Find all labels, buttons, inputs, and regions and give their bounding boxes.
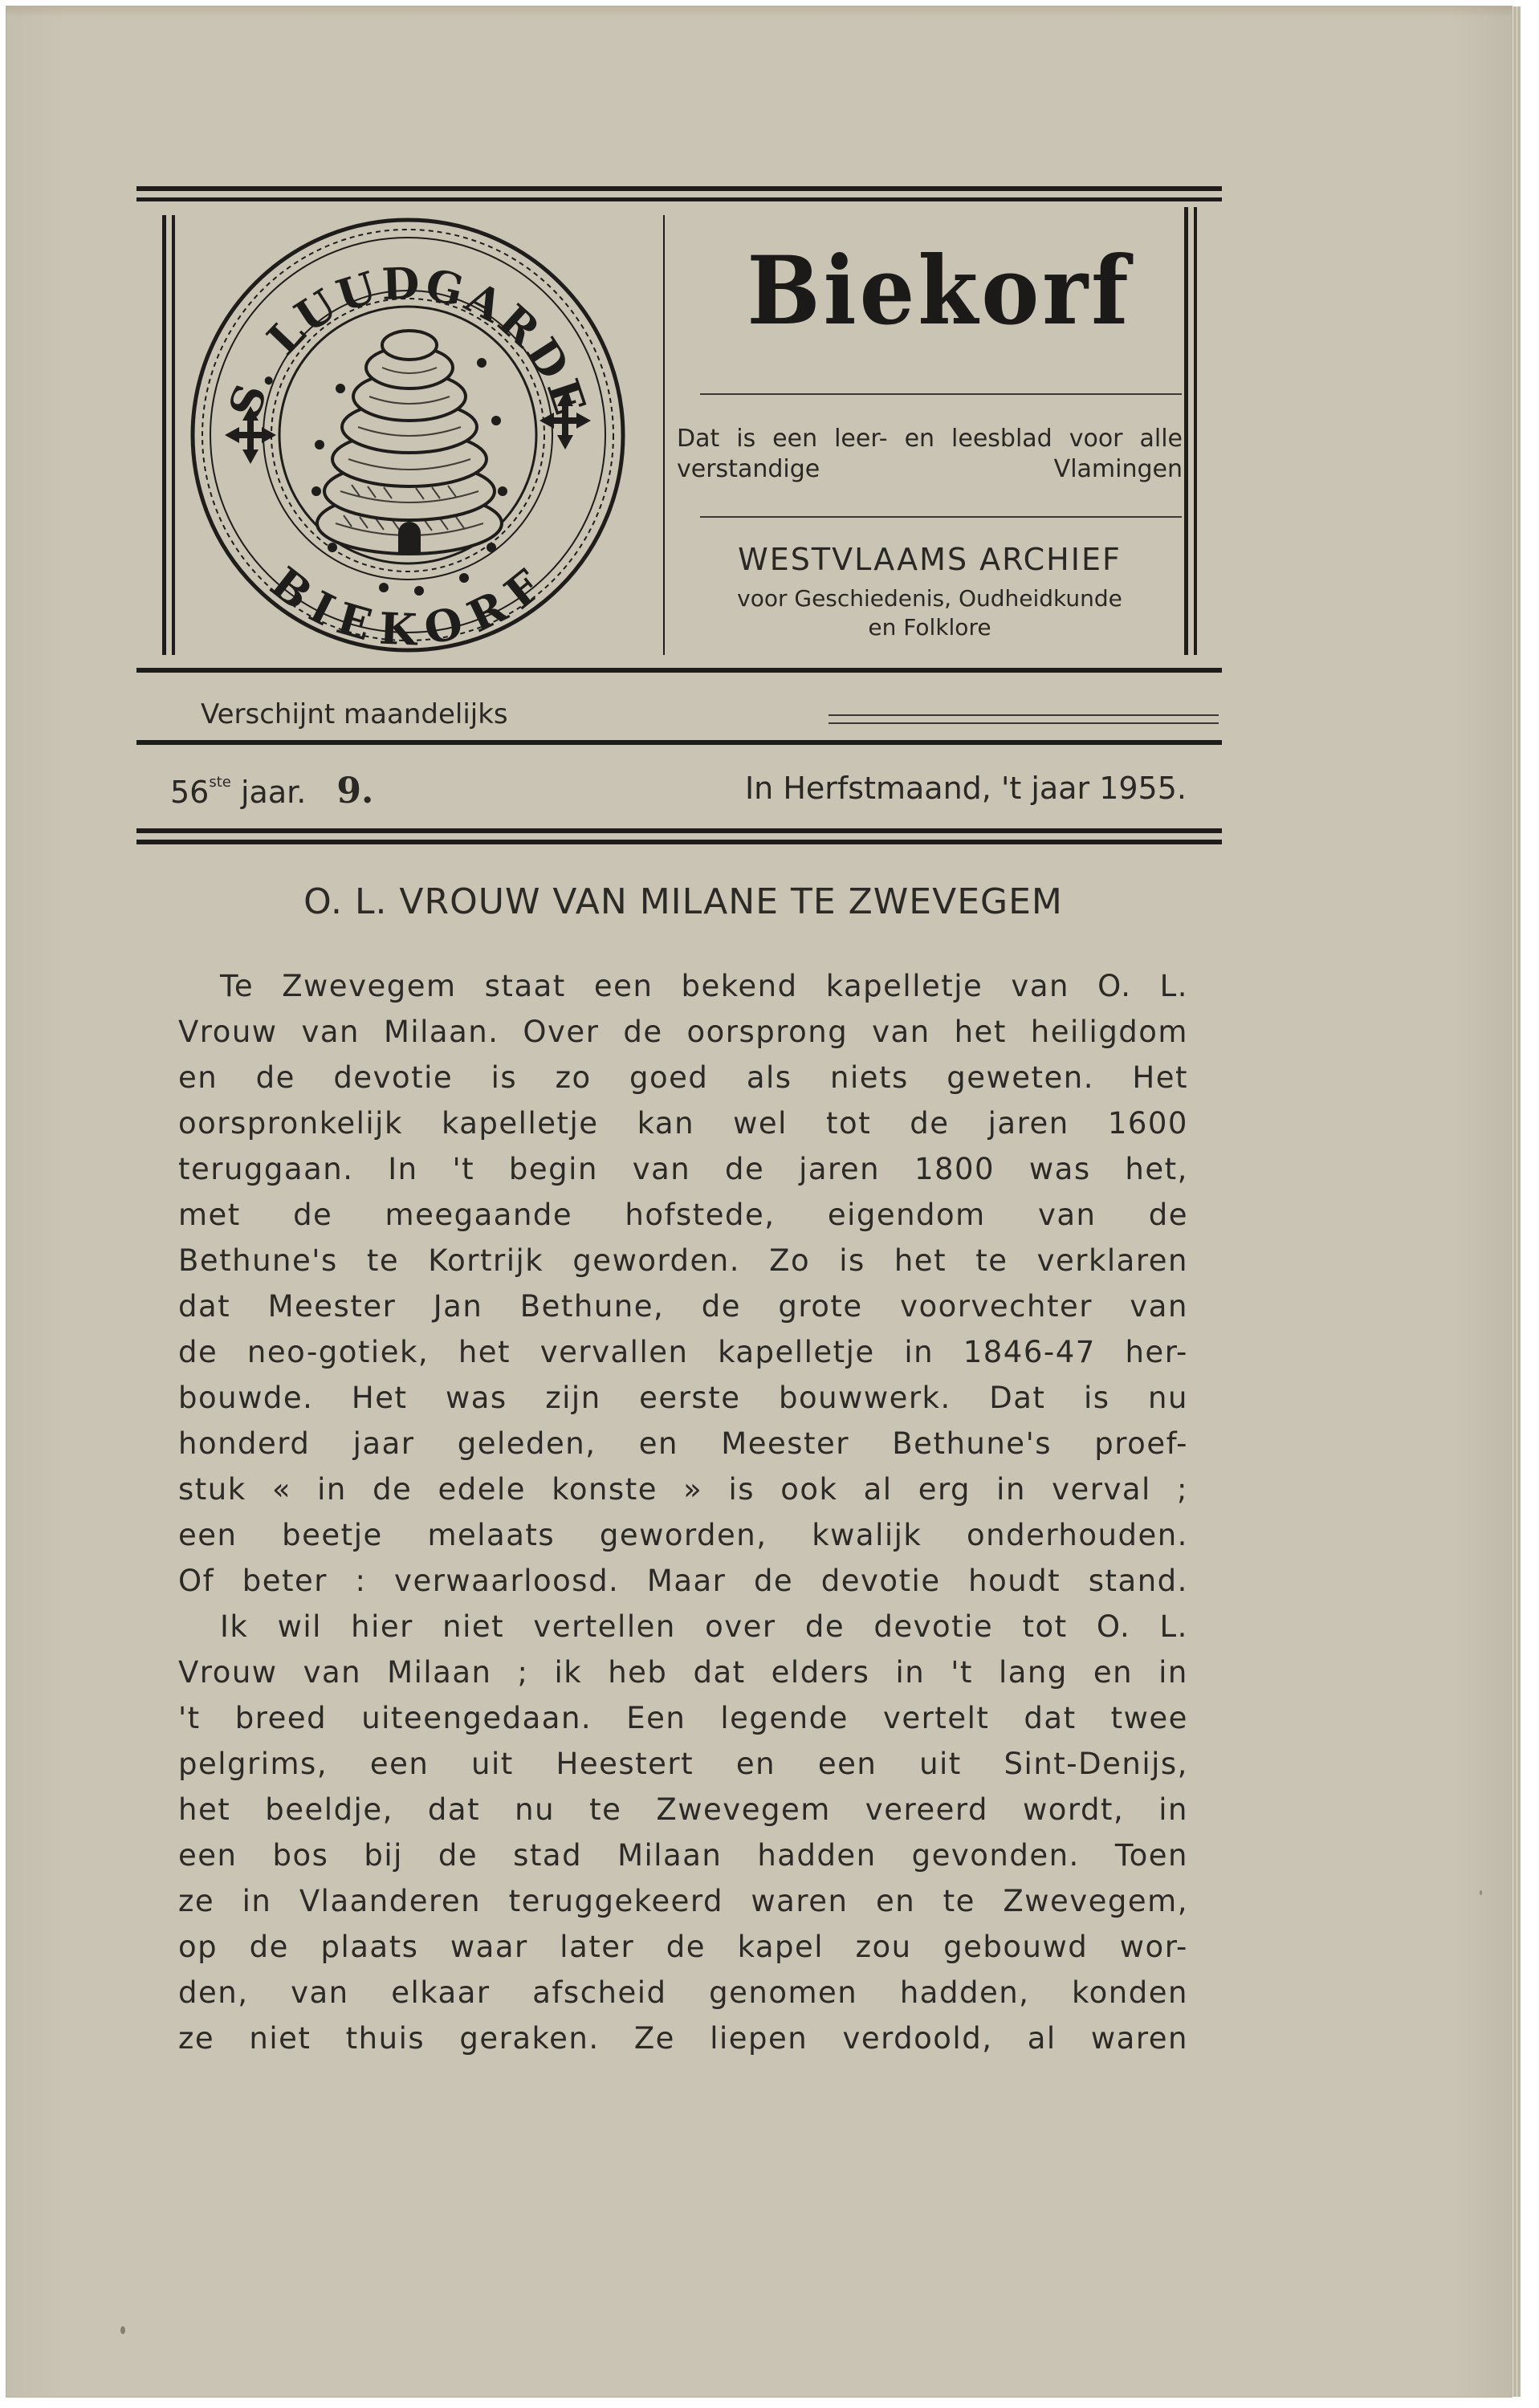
word: niet	[442, 1604, 504, 1649]
article-line: stuk«indeedelekonste»isookalerginverval;	[178, 1466, 1188, 1512]
word: Dat	[989, 1375, 1045, 1421]
word: eigendom	[828, 1192, 986, 1238]
word: oorsprong	[687, 1009, 849, 1055]
article-line: teruggaan.In'tbeginvandejaren1800washet,	[178, 1146, 1188, 1192]
word: in	[242, 1878, 272, 1924]
word: bouwde.	[178, 1375, 313, 1421]
word: vervallen	[540, 1329, 689, 1375]
word: jaren	[799, 1146, 880, 1192]
article-line: hetbeeldje,datnuteZwevegemvereerdwordt,i…	[178, 1787, 1188, 1832]
word: verklaren	[1037, 1238, 1188, 1283]
header-bottom-rule	[136, 668, 1222, 673]
word: ;	[517, 1649, 528, 1695]
word: neo-gotiek,	[247, 1329, 429, 1375]
word: de	[373, 1466, 412, 1512]
word: O.	[1097, 1604, 1130, 1649]
word: heb	[608, 1649, 667, 1695]
word: kapelletje	[442, 1100, 599, 1146]
word: van	[291, 1970, 349, 2015]
word: beter	[242, 1558, 328, 1604]
word: in	[904, 1329, 934, 1375]
word: 1846-47	[963, 1329, 1096, 1375]
frequency-rule-inner	[829, 722, 1219, 724]
word: bij	[364, 1832, 403, 1878]
header-top-rule-inner	[136, 197, 1222, 201]
word: als	[747, 1055, 792, 1100]
archive-title: WESTVLAAMS ARCHIEF	[677, 542, 1183, 577]
word: kapelletje	[718, 1329, 875, 1375]
word: voorvechter	[900, 1283, 1093, 1329]
word: Ze	[634, 2015, 675, 2061]
article-line: eenbosbijdestadMilaanhaddengevonden.Toen	[178, 1832, 1188, 1878]
word: teruggaan.	[178, 1146, 353, 1192]
word: geworden,	[600, 1512, 767, 1558]
word: in	[1158, 1649, 1188, 1695]
volume-number: 56	[170, 775, 209, 810]
word: twee	[1111, 1695, 1188, 1741]
word: 't	[178, 1695, 201, 1741]
article-line: endedevotieiszogoedalsnietsgeweten.Het	[178, 1055, 1188, 1100]
word: de	[178, 1329, 218, 1375]
word: is	[728, 1466, 755, 1512]
word: geleden,	[458, 1421, 596, 1466]
word: «	[272, 1466, 291, 1512]
word: nu	[1148, 1375, 1188, 1421]
word: Milaan	[617, 1832, 722, 1878]
word: verval	[1052, 1466, 1151, 1512]
word: Ik	[220, 1604, 248, 1649]
word: later	[560, 1924, 634, 1970]
word: kwalijk	[812, 1512, 922, 1558]
word: eerste	[639, 1375, 740, 1421]
article-line: den,vanelkaarafscheidgenomenhadden,konde…	[178, 1970, 1188, 2015]
word: op	[178, 1924, 218, 1970]
word: O.	[1097, 963, 1131, 1009]
word: waren	[1091, 2015, 1188, 2061]
word: ook	[780, 1466, 837, 1512]
article-body: TeZwevegemstaateenbekendkapelletjevanO.L…	[178, 963, 1188, 2061]
word: verwaarloosd.	[394, 1558, 619, 1604]
word: de	[702, 1283, 741, 1329]
archive-subtitle-line1: voor Geschiedenis, Oudheidkunde	[677, 584, 1183, 613]
frequency-label: Verschijnt maandelijks	[201, 698, 508, 730]
header-column-divider	[663, 215, 665, 655]
word: uiteengedaan.	[361, 1695, 592, 1741]
article-line: datMeesterJanBethune,degrotevoorvechterv…	[178, 1283, 1188, 1329]
word: te	[943, 1878, 975, 1924]
word: Of	[178, 1558, 214, 1604]
word: en	[639, 1421, 678, 1466]
word: houdt	[968, 1558, 1061, 1604]
word: begin	[509, 1146, 598, 1192]
word: In	[388, 1146, 417, 1192]
word: Maar	[647, 1558, 726, 1604]
word: wordt,	[1023, 1787, 1124, 1832]
word: Te	[220, 963, 254, 1009]
word: devotie	[821, 1558, 941, 1604]
issue-bottom-rule-inner	[136, 840, 1222, 844]
word: meegaande	[385, 1192, 573, 1238]
word: 't	[452, 1146, 474, 1192]
word: Zwevegem,	[1003, 1878, 1188, 1924]
word: bekend	[682, 963, 798, 1009]
article-line: Ofbeter:verwaarloosd.Maardedevotiehoudts…	[178, 1558, 1188, 1604]
word: het	[955, 1009, 1007, 1055]
word: konden	[1072, 1970, 1188, 2015]
word: stand.	[1089, 1558, 1188, 1604]
word: al	[1028, 2015, 1057, 2061]
word: 't	[951, 1649, 973, 1695]
word: is	[839, 1238, 865, 1283]
word: lang	[999, 1649, 1068, 1695]
word: in	[996, 1466, 1026, 1512]
volume-info: 56ste jaar. 9.	[170, 771, 373, 811]
word: al	[864, 1466, 893, 1512]
word: wor-	[1120, 1924, 1188, 1970]
word: tot	[826, 1100, 871, 1146]
frequency-rule	[829, 714, 1219, 716]
word: konste	[552, 1466, 658, 1512]
word: proef-	[1094, 1421, 1188, 1466]
word: goed	[629, 1055, 708, 1100]
word: vertelt	[883, 1695, 989, 1741]
word: pelgrims,	[178, 1741, 328, 1787]
volume-suffix: ste	[209, 774, 231, 791]
word: het	[894, 1238, 947, 1283]
word: devotie	[333, 1055, 453, 1100]
word: bouwwerk.	[779, 1375, 951, 1421]
word: van	[1011, 963, 1069, 1009]
article-line: IkwilhiernietvertellenoverdedevotietotO.…	[178, 1604, 1188, 1649]
word: Jan	[434, 1283, 483, 1329]
word: Het	[1132, 1055, 1188, 1100]
masthead-tagline: Dat is een leer- en leesblad voor alle v…	[677, 424, 1183, 485]
word: van	[633, 1146, 691, 1192]
word: en	[1093, 1649, 1133, 1695]
word: kapel	[738, 1924, 824, 1970]
article-line: pelgrims,eenuitHeesterteneenuitSint-Deni…	[178, 1741, 1188, 1787]
word: de	[910, 1100, 949, 1146]
word: hadden	[757, 1832, 876, 1878]
word: nu	[515, 1787, 555, 1832]
word: Meester	[721, 1421, 849, 1466]
word: genomen	[709, 1970, 857, 2015]
word: Vlaanderen	[299, 1878, 481, 1924]
article-line: Bethune'steKortrijkgeworden.Zoishettever…	[178, 1238, 1188, 1283]
word: vereerd	[865, 1787, 988, 1832]
word: Zwevegem	[282, 963, 456, 1009]
article-line: eenbeetjemelaatsgeworden,kwalijkonderhou…	[178, 1512, 1188, 1558]
word: geraken.	[459, 2015, 599, 2061]
issue-bottom-rule	[136, 828, 1222, 833]
word: geweten.	[947, 1055, 1094, 1100]
word: de	[805, 1604, 845, 1649]
word: Een	[626, 1695, 686, 1741]
word: de	[666, 1924, 706, 1970]
word: hier	[351, 1604, 413, 1649]
word: dat	[178, 1283, 230, 1329]
word: thuis	[346, 2015, 425, 2061]
word: wel	[733, 1100, 788, 1146]
word: is	[1084, 1375, 1110, 1421]
issue-number: 9.	[336, 771, 373, 811]
header-right-border	[1194, 207, 1197, 655]
word: de	[293, 1192, 332, 1238]
word: teruggekeerd	[509, 1878, 723, 1924]
word: Milaan	[387, 1649, 491, 1695]
word: de	[1149, 1192, 1188, 1238]
issue-date: In Herfstmaand, 't jaar 1955.	[689, 771, 1187, 806]
article-line: zenietthuisgeraken.Zeliepenverdoold,alwa…	[178, 2015, 1188, 2061]
word: her-	[1125, 1329, 1187, 1375]
word: Zwevegem	[656, 1787, 830, 1832]
word: met	[178, 1192, 241, 1238]
article-line: 'tbreeduiteengedaan.Eenlegendeverteltdat…	[178, 1695, 1188, 1741]
word: hofstede,	[625, 1192, 775, 1238]
word: niets	[830, 1055, 909, 1100]
word: Toen	[1115, 1832, 1188, 1878]
word: Bethune's	[178, 1238, 338, 1283]
word: melaats	[427, 1512, 555, 1558]
word: den,	[178, 1970, 248, 2015]
word: een	[178, 1512, 237, 1558]
issue-top-rule	[136, 740, 1222, 745]
word: gevonden.	[912, 1832, 1080, 1878]
word: Zo	[769, 1238, 810, 1283]
word: een	[594, 963, 653, 1009]
article-line: bouwde.Hetwaszijneerstebouwwerk.Datisnu	[178, 1375, 1188, 1421]
word: een	[370, 1741, 429, 1787]
word: en	[178, 1055, 218, 1100]
word: geworden.	[572, 1238, 740, 1283]
word: Vrouw	[178, 1009, 278, 1055]
word: stuk	[178, 1466, 246, 1512]
word: elders	[772, 1649, 870, 1695]
word: uit	[471, 1741, 514, 1787]
word: de	[623, 1009, 662, 1055]
word: jaren	[988, 1100, 1069, 1146]
word: beetje	[282, 1512, 383, 1558]
word: L.	[1160, 963, 1188, 1009]
word: breed	[235, 1695, 327, 1741]
article-line: oorspronkelijkkapelletjekanweltotdejaren…	[178, 1100, 1188, 1146]
word: een	[818, 1741, 877, 1787]
word: is	[491, 1055, 518, 1100]
word: Bethune,	[520, 1283, 665, 1329]
word: in	[317, 1466, 347, 1512]
word: een	[178, 1832, 237, 1878]
word: van	[872, 1009, 930, 1055]
word: bos	[272, 1832, 328, 1878]
word: zijn	[545, 1375, 601, 1421]
volume-word: jaar.	[241, 775, 306, 810]
word: 1600	[1108, 1100, 1188, 1146]
word: Bethune's	[892, 1421, 1052, 1466]
word: uit	[919, 1741, 962, 1787]
word: de	[438, 1832, 478, 1878]
word: elkaar	[391, 1970, 490, 2015]
word: gebouwd	[943, 1924, 1088, 1970]
word: staat	[485, 963, 566, 1009]
word: Kortrijk	[428, 1238, 544, 1283]
word: Meester	[268, 1283, 397, 1329]
word: het	[458, 1329, 511, 1375]
word: in	[1158, 1787, 1188, 1832]
word: beeldje,	[265, 1787, 393, 1832]
archive-subtitle: voor Geschiedenis, Oudheidkunde en Folkl…	[677, 584, 1183, 642]
word: :	[356, 1558, 367, 1604]
paper-stain	[120, 2326, 125, 2334]
word: dat	[428, 1787, 480, 1832]
word: L.	[1159, 1604, 1187, 1649]
article-line: VrouwvanMilaan.Overdeoorsprongvanhetheil…	[178, 1009, 1188, 1055]
word: erg	[918, 1466, 971, 1512]
word: grote	[778, 1283, 862, 1329]
article-line: opdeplaatswaarlaterdekapelzougebouwdwor-	[178, 1924, 1188, 1970]
word: plaats	[320, 1924, 418, 1970]
word: vertellen	[533, 1604, 675, 1649]
word: ze	[178, 2015, 214, 2061]
word: kapelletje	[826, 963, 983, 1009]
word: waren	[751, 1878, 848, 1924]
article-line: honderdjaargeleden,enMeesterBethune'spro…	[178, 1421, 1188, 1466]
header-left-border-inner	[172, 215, 175, 655]
word: wil	[278, 1604, 322, 1649]
word: jaar	[353, 1421, 415, 1466]
word: zo	[556, 1055, 592, 1100]
word: was	[446, 1375, 507, 1421]
word: van	[303, 1649, 362, 1695]
word: afscheid	[532, 1970, 666, 2015]
word: het,	[1125, 1146, 1187, 1192]
beehive-seal-icon: S. LUUDGARDE BIEKORF	[183, 210, 633, 660]
word: Het	[352, 1375, 408, 1421]
paper-speck	[1480, 1890, 1482, 1895]
word: was	[1029, 1146, 1091, 1192]
word: kan	[637, 1100, 694, 1146]
word: honderd	[178, 1421, 310, 1466]
word: te	[975, 1238, 1008, 1283]
word: oorspronkelijk	[178, 1100, 403, 1146]
article-line: VrouwvanMilaan;ikhebdateldersin'tlangeni…	[178, 1649, 1188, 1695]
word: ik	[554, 1649, 582, 1695]
word: tot	[1022, 1604, 1067, 1649]
tagline-divider	[700, 516, 1182, 518]
word: te	[367, 1238, 399, 1283]
word: Over	[523, 1009, 599, 1055]
word: de	[256, 1055, 295, 1100]
word: van	[1038, 1192, 1097, 1238]
word: edele	[438, 1466, 526, 1512]
word: Heestert	[556, 1741, 694, 1787]
word: hadden,	[900, 1970, 1030, 2015]
word: ;	[1177, 1466, 1188, 1512]
header-left-border	[162, 215, 166, 655]
word: heiligdom	[1031, 1009, 1188, 1055]
archive-subtitle-line2: en Folklore	[677, 613, 1183, 642]
word: 1800	[914, 1146, 995, 1192]
word: devotie	[873, 1604, 993, 1649]
article-line: metdemeegaandehofstede,eigendomvande	[178, 1192, 1188, 1238]
page-stack-edge	[1517, 6, 1521, 2397]
word: over	[705, 1604, 776, 1649]
article-line: deneo-gotiek,hetvervallenkapelletjein184…	[178, 1329, 1188, 1375]
word: de	[754, 1558, 793, 1604]
word: de	[725, 1146, 764, 1192]
word: waar	[450, 1924, 528, 1970]
word: de	[250, 1924, 289, 1970]
word: van	[301, 1009, 360, 1055]
word: liepen	[710, 2015, 808, 2061]
word: zou	[856, 1924, 912, 1970]
article-line: TeZwevegemstaateenbekendkapelletjevanO.L…	[178, 963, 1188, 1009]
word: niet	[249, 2015, 311, 2061]
article-title: O. L. VROUW VAN MILANE TE ZWEVEGEM	[178, 881, 1188, 922]
header-top-rule	[136, 186, 1222, 191]
word: ze	[178, 1878, 214, 1924]
word: van	[1130, 1283, 1188, 1329]
word: Milaan.	[384, 1009, 499, 1055]
word: te	[589, 1787, 621, 1832]
masthead-title: Biekorf	[690, 237, 1188, 346]
word: onderhouden.	[967, 1512, 1188, 1558]
word: en	[736, 1741, 776, 1787]
word: in	[895, 1649, 925, 1695]
word: legende	[720, 1695, 849, 1741]
word: dat	[1024, 1695, 1076, 1741]
word: »	[683, 1466, 702, 1512]
word: verdoold,	[842, 2015, 992, 2061]
word: dat	[693, 1649, 745, 1695]
word: en	[876, 1878, 915, 1924]
word: stad	[513, 1832, 582, 1878]
word: Sint-Denijs,	[1004, 1741, 1188, 1787]
masthead-divider	[700, 393, 1182, 395]
word: het	[178, 1787, 230, 1832]
word: Vrouw	[178, 1649, 278, 1695]
article-line: zeinVlaanderenteruggekeerdwarenenteZweve…	[178, 1878, 1188, 1924]
